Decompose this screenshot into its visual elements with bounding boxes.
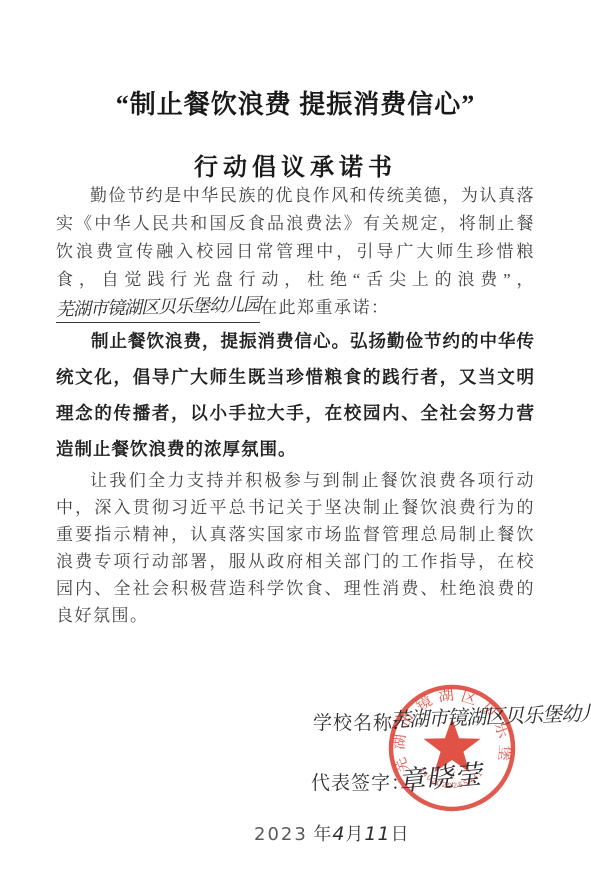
handwritten-date-month: 4 bbox=[332, 823, 345, 845]
pledge-document-page: “制止餐饮浪费 提振消费信心” 行动倡议承诺书 勤俭节约是中华民族的优良作风和传… bbox=[0, 0, 591, 886]
date-year: 2023 bbox=[254, 824, 308, 845]
document-body: 勤俭节约是中华民族的优良作风和传统美德，为认真落实《中华人民共和国反食品浪费法》… bbox=[0, 182, 591, 629]
date-year-unit: 年 bbox=[308, 824, 333, 844]
paragraph-intro-tail: 在此郑重承诺： bbox=[260, 298, 390, 317]
document-title: “制止餐饮浪费 提振消费信心” bbox=[0, 0, 591, 121]
date-line: 2023 年4月11日 bbox=[254, 820, 410, 846]
paragraph-commitment: 制止餐饮浪费，提振消费信心。弘扬勤俭节约的中华传统文化，倡导广大师生既当珍惜粮食… bbox=[56, 323, 535, 467]
paragraph-intro: 勤俭节约是中华民族的优良作风和传统美德，为认真落实《中华人民共和国反食品浪费法》… bbox=[56, 182, 535, 323]
handwritten-school-name-inline: 芜湖市镜湖区贝乐堡幼儿园 bbox=[56, 291, 261, 324]
school-name-blank-line: 芜湖市镜湖区贝乐堡幼儿园 bbox=[56, 294, 260, 323]
handwritten-signature: 章晓莹 bbox=[396, 752, 483, 798]
paragraph-action: 让我们全力支持并积极参与到制止餐饮浪费各项行动中，深入贯彻习近平总书记关于坚决制… bbox=[56, 467, 535, 629]
paragraph-intro-text: 勤俭节约是中华民族的优良作风和传统美德，为认真落实《中华人民共和国反食品浪费法》… bbox=[56, 186, 535, 289]
date-day-unit: 日 bbox=[391, 824, 410, 844]
handwritten-date-day: 11 bbox=[364, 823, 390, 845]
document-subtitle: 行动倡议承诺书 bbox=[0, 121, 591, 182]
date-month-unit: 月 bbox=[345, 824, 364, 844]
